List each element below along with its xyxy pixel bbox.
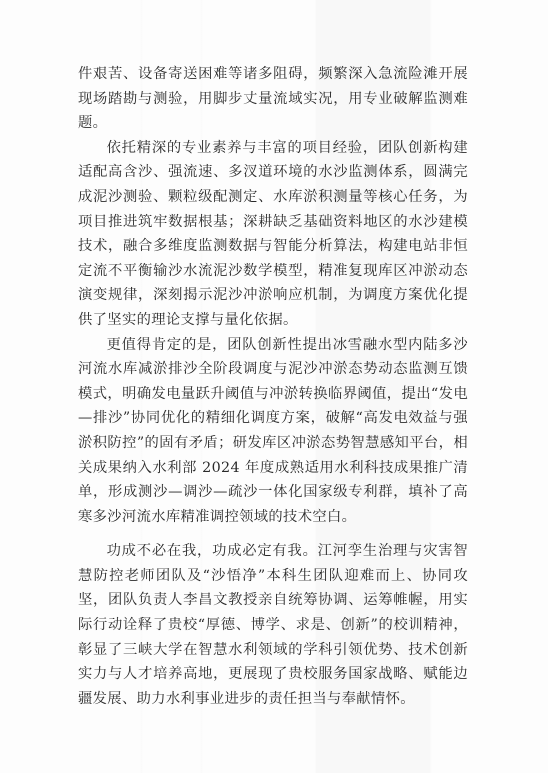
paragraph-field-work-continuation: 件艰苦、设备寄送困难等诸多阻碍，频繁深入急流险滩开展现场踏勘与测验，用脚步丈量流… [78,62,468,136]
document-body: 件艰苦、设备寄送困难等诸多阻碍，频繁深入急流险滩开展现场踏勘与测验，用脚步丈量流… [78,62,468,711]
paragraph-monitoring-system: 依托精深的专业素养与丰富的项目经验，团队创新构建适配高含沙、强流速、多汊道环境的… [78,136,468,333]
paragraph-innovation-achievements: 更值得肯定的是，团队创新性提出冰雪融水型内陆多沙河流水库减淤排沙全阶段调度与泥沙… [78,333,468,530]
document-page: 件艰苦、设备寄送困难等诸多阻碍，频繁深入急流险滩开展现场踏勘与测验，用脚步丈量流… [0,0,548,773]
paragraph-team-acknowledgement: 功成不必在我，功成必定有我。江河孪生治理与灾害智慧防控老师团队及“沙悟净”本科生… [78,539,468,711]
